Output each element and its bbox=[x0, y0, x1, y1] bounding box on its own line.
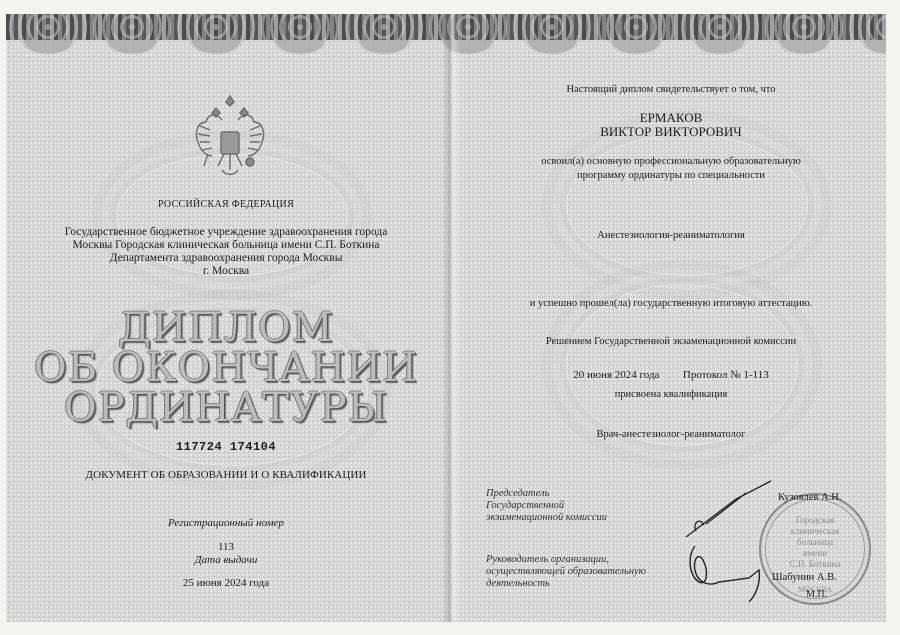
chair-label-line: экзаменационной комиссии bbox=[486, 512, 607, 524]
organization-line: Департамента здравоохранения города Моск… bbox=[6, 252, 446, 265]
organization-line: Москвы Городская клиническая больница им… bbox=[6, 239, 446, 252]
title-line: ОБ ОКОНЧАНИИ bbox=[6, 348, 446, 388]
issue-date: 25 июня 2024 года bbox=[6, 577, 446, 589]
coat-of-arms-icon bbox=[192, 92, 268, 196]
program-text: освоил(а) основную профессиональную обра… bbox=[456, 155, 886, 183]
serial-number: 117724 174104 bbox=[6, 440, 446, 454]
chair-name: Кузовлев А.Н. bbox=[778, 492, 842, 503]
program-line: освоил(а) основную профессиональную обра… bbox=[456, 155, 886, 169]
head-label-line: Руководитель организации, bbox=[486, 554, 646, 566]
chair-label: Председатель Государственной экзаменацио… bbox=[486, 488, 607, 524]
stamp-line: имени bbox=[775, 548, 855, 559]
left-page: РОССИЙСКАЯ ФЕДЕРАЦИЯ Государственное бюд… bbox=[6, 14, 446, 622]
diploma-spread: РОССИЙСКАЯ ФЕДЕРАЦИЯ Государственное бюд… bbox=[6, 14, 886, 622]
attestation-text: и успешно прошел(ла) государственную ито… bbox=[456, 298, 886, 309]
stamp-text: Городская клиническая больница имени С.П… bbox=[775, 515, 855, 595]
protocol-number: Протокол № 1-113 bbox=[683, 369, 769, 381]
right-page: Настоящий диплом свидетельствует о том, … bbox=[456, 14, 886, 622]
stamp-line: С.П. Боткина bbox=[775, 559, 855, 570]
organization-line: г. Москва bbox=[6, 265, 446, 278]
specialty: Анестезиология-реаниматология bbox=[456, 230, 886, 241]
head-name: Шабунин А.В. bbox=[772, 572, 837, 583]
organization-name: Государственное бюджетное учреждение здр… bbox=[6, 226, 446, 278]
intro-text: Настоящий диплом свидетельствует о том, … bbox=[456, 84, 886, 95]
qualification: Врач-анестезиолог-реаниматолог bbox=[456, 429, 886, 440]
stamp-mark: М.П. bbox=[806, 589, 827, 600]
chair-label-line: Государственной bbox=[486, 500, 607, 512]
title-line: ДИПЛОМ bbox=[6, 308, 446, 348]
diploma-title: ДИПЛОМ ОБ ОКОНЧАНИИ ОРДИНАТУРЫ bbox=[6, 308, 446, 428]
stamp-line: Городская bbox=[775, 515, 855, 526]
program-line: программу ординатуры по специальности bbox=[456, 169, 886, 183]
qualification-label: присвоена квалификация bbox=[456, 389, 886, 400]
decision-date: 20 июня 2024 года bbox=[573, 369, 659, 381]
stamp-line: клиническая bbox=[775, 526, 855, 537]
country-name: РОССИЙСКАЯ ФЕДЕРАЦИЯ bbox=[6, 199, 446, 210]
graduate-name: ВИКТОР ВИКТОРОВИЧ bbox=[456, 124, 886, 140]
head-label-line: осуществляющей образовательную bbox=[486, 566, 646, 578]
registration-number: 113 bbox=[6, 541, 446, 553]
stamp-line: больница bbox=[775, 537, 855, 548]
decision-date-row: 20 июня 2024 года Протокол № 1-113 bbox=[456, 369, 886, 381]
registration-label: Регистрационный номер bbox=[6, 517, 446, 529]
title-line: ОРДИНАТУРЫ bbox=[6, 388, 446, 428]
organization-line: Государственное бюджетное учреждение здр… bbox=[6, 226, 446, 239]
head-label-line: деятельность bbox=[486, 578, 646, 590]
chair-label-line: Председатель bbox=[486, 488, 607, 500]
head-label: Руководитель организации, осуществляющей… bbox=[486, 554, 646, 590]
commission-decision: Решением Государственной экзаменационной… bbox=[456, 336, 886, 347]
issue-date-label: Дата выдачи bbox=[6, 554, 446, 566]
document-type: ДОКУМЕНТ ОБ ОБРАЗОВАНИИ И О КВАЛИФИКАЦИИ bbox=[6, 469, 446, 481]
